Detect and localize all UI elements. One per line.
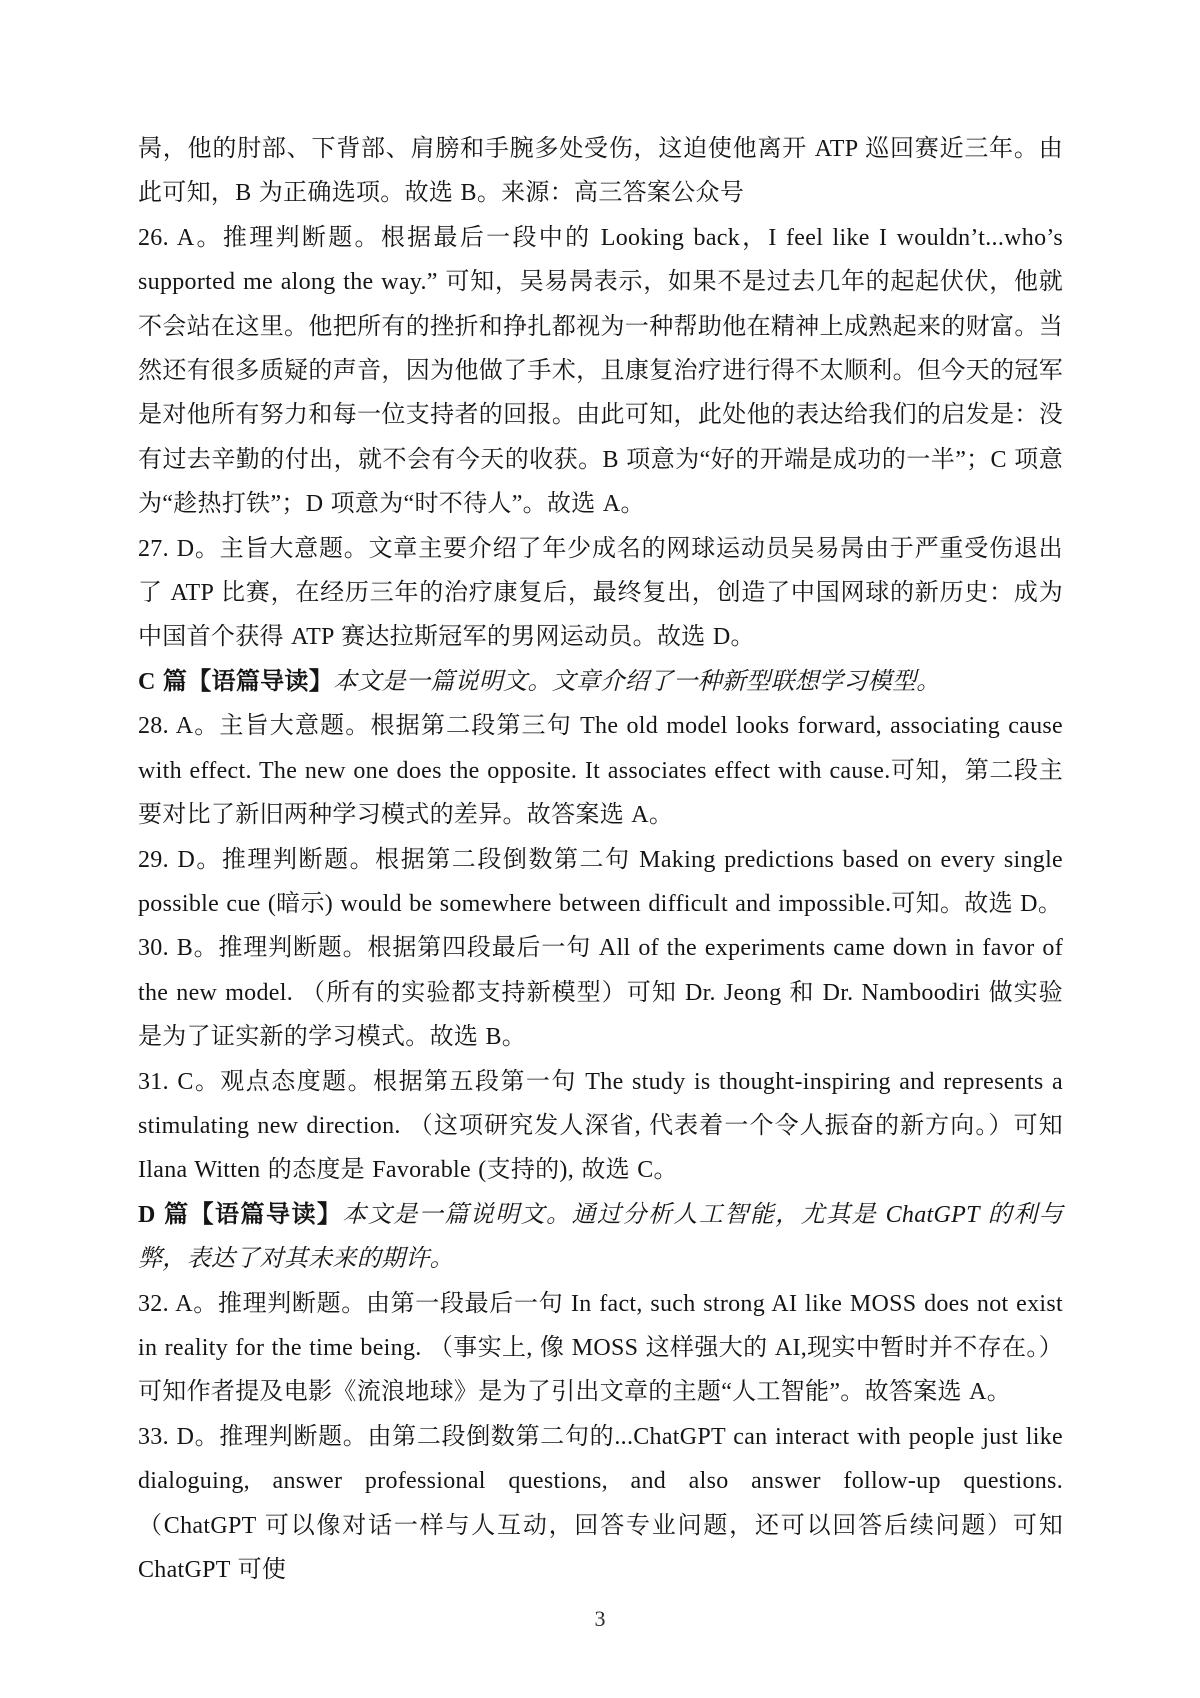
answer-28-explanation: 28. A。主旨大意题。根据第二段第三句 The old model looks…: [138, 704, 1063, 837]
passage-c-label: C 篇: [138, 669, 187, 695]
answer-29-explanation: 29. D。推理判断题。根据第二段倒数第二句 Making prediction…: [138, 838, 1063, 927]
answer-27-explanation: 27. D。主旨大意题。文章主要介绍了年少成名的网球运动员吴易昺由于严重受伤退出…: [138, 527, 1063, 660]
passage-d-label: D 篇: [138, 1202, 190, 1228]
passage-c-guide: C 篇【语篇导读】本文是一篇说明文。文章介绍了一种新型联想学习模型。: [138, 660, 1063, 704]
passage-c-guide-title: 【语篇导读】: [187, 669, 333, 695]
passage-c-guide-text: 本文是一篇说明文。文章介绍了一种新型联想学习模型。: [333, 669, 941, 695]
answer-26-explanation: 26. A。推理判断题。根据最后一段中的 Looking back，I feel…: [138, 216, 1063, 527]
page-number: 3: [0, 1604, 1200, 1634]
answer-25-explanation-continued: 昺，他的肘部、下背部、肩膀和手腕多处受伤，这迫使他离开 ATP 巡回赛近三年。由…: [138, 127, 1063, 216]
answer-31-explanation: 31. C。观点态度题。根据第五段第一句 The study is though…: [138, 1060, 1063, 1193]
answer-33-explanation: 33. D。推理判断题。由第二段倒数第二句的...ChatGPT can int…: [138, 1415, 1063, 1593]
answer-30-explanation: 30. B。推理判断题。根据第四段最后一句 All of the experim…: [138, 926, 1063, 1059]
passage-d-guide-title: 【语篇导读】: [190, 1202, 343, 1228]
passage-d-guide: D 篇【语篇导读】本文是一篇说明文。通过分析人工智能，尤其是 ChatGPT 的…: [138, 1193, 1063, 1282]
answer-key-content: 昺，他的肘部、下背部、肩膀和手腕多处受伤，这迫使他离开 ATP 巡回赛近三年。由…: [138, 127, 1063, 1592]
answer-32-explanation: 32. A。推理判断题。由第一段最后一句 In fact, such stron…: [138, 1282, 1063, 1415]
answer-key-page: 昺，他的肘部、下背部、肩膀和手腕多处受伤，这迫使他离开 ATP 巡回赛近三年。由…: [0, 0, 1200, 1698]
